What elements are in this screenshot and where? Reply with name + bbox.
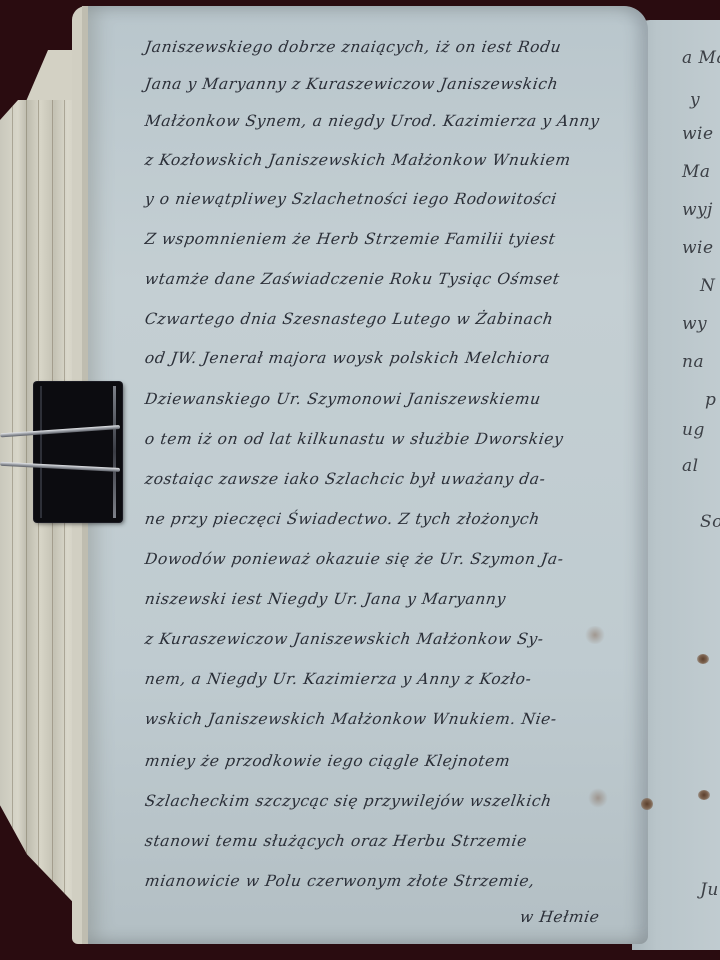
facing-line: wie <box>682 238 714 258</box>
text-line: ne przy pieczęci Świadectwo. Z tych złoż… <box>144 510 541 528</box>
text-line: Janiszewskiego dobrze znaiących, iż on i… <box>144 38 563 56</box>
manuscript-photo: a Ma y wie Ma wyj wie N wy na p ug al So… <box>0 0 720 960</box>
facing-line: p <box>705 390 716 410</box>
text-line: Z wspomnieniem że Herb Strzemie Familii … <box>144 230 557 248</box>
clip-edge <box>40 386 42 518</box>
text-line: mniey że przodkowie iego ciągle Klejnote… <box>144 752 512 770</box>
facing-line: wie <box>682 124 714 144</box>
paper-stain <box>584 626 606 644</box>
binding-hole <box>697 654 709 664</box>
facing-line: a Ma <box>682 48 720 68</box>
text-line: od JW. Jenerał majora woysk polskich Mel… <box>144 349 552 367</box>
text-line: stanowi temu służących oraz Herbu Strzem… <box>144 832 528 850</box>
facing-line: ug <box>682 420 705 440</box>
facing-line: N <box>700 276 715 296</box>
facing-line: al <box>682 456 699 476</box>
facing-line: Ma <box>682 162 711 182</box>
text-line: wtamże dane Zaświadczenie Roku Tysiąc Oś… <box>144 270 561 288</box>
text-line: w Hełmie <box>519 908 601 926</box>
text-line: Małżonkow Synem, a niegdy Urod. Kazimier… <box>144 112 601 130</box>
text-line: Jana y Maryanny z Kuraszewiczow Janiszew… <box>144 75 560 93</box>
text-line: Dziewanskiego Ur. Szymonowi Janiszewskie… <box>144 390 542 408</box>
binding-hole <box>698 790 710 800</box>
text-line: nem, a Niegdy Ur. Kazimierza y Anny z Ko… <box>144 670 533 688</box>
text-line: mianowicie w Polu czerwonym złote Strzem… <box>144 872 536 890</box>
text-line: o tem iż on od lat kilkunastu w służbie … <box>144 430 565 448</box>
binding-hole <box>641 798 653 810</box>
facing-line: wy <box>682 314 707 334</box>
facing-line: na <box>682 352 704 372</box>
text-line: niszewski iest Niegdy Ur. Jana y Maryann… <box>144 590 507 608</box>
text-line: wskich Janiszewskich Małżonkow Wnukiem. … <box>144 710 558 728</box>
binder-clip <box>34 382 122 522</box>
clip-edge <box>113 386 116 518</box>
text-line: z Kozłowskich Janiszewskich Małżonkow Wn… <box>144 151 572 169</box>
facing-line: So <box>700 512 720 532</box>
text-line: y o niewątpliwey Szlachetności iego Rodo… <box>144 190 558 208</box>
text-line: z Kuraszewiczow Janiszewskich Małżonkow … <box>144 630 545 648</box>
text-line: Czwartego dnia Szesnastego Lutego w Żabi… <box>144 310 555 328</box>
text-line: Dowodów ponieważ okazuie się że Ur. Szym… <box>144 550 565 568</box>
facing-line: y <box>690 90 700 110</box>
facing-line: Ju <box>700 880 719 900</box>
text-line: Szlacheckim szczycąc się przywilejów wsz… <box>144 792 553 810</box>
facing-line: wyj <box>682 200 713 220</box>
paper-stain <box>588 788 608 808</box>
text-line: zostaiąc zawsze iako Szlachcic był uważa… <box>144 470 547 488</box>
